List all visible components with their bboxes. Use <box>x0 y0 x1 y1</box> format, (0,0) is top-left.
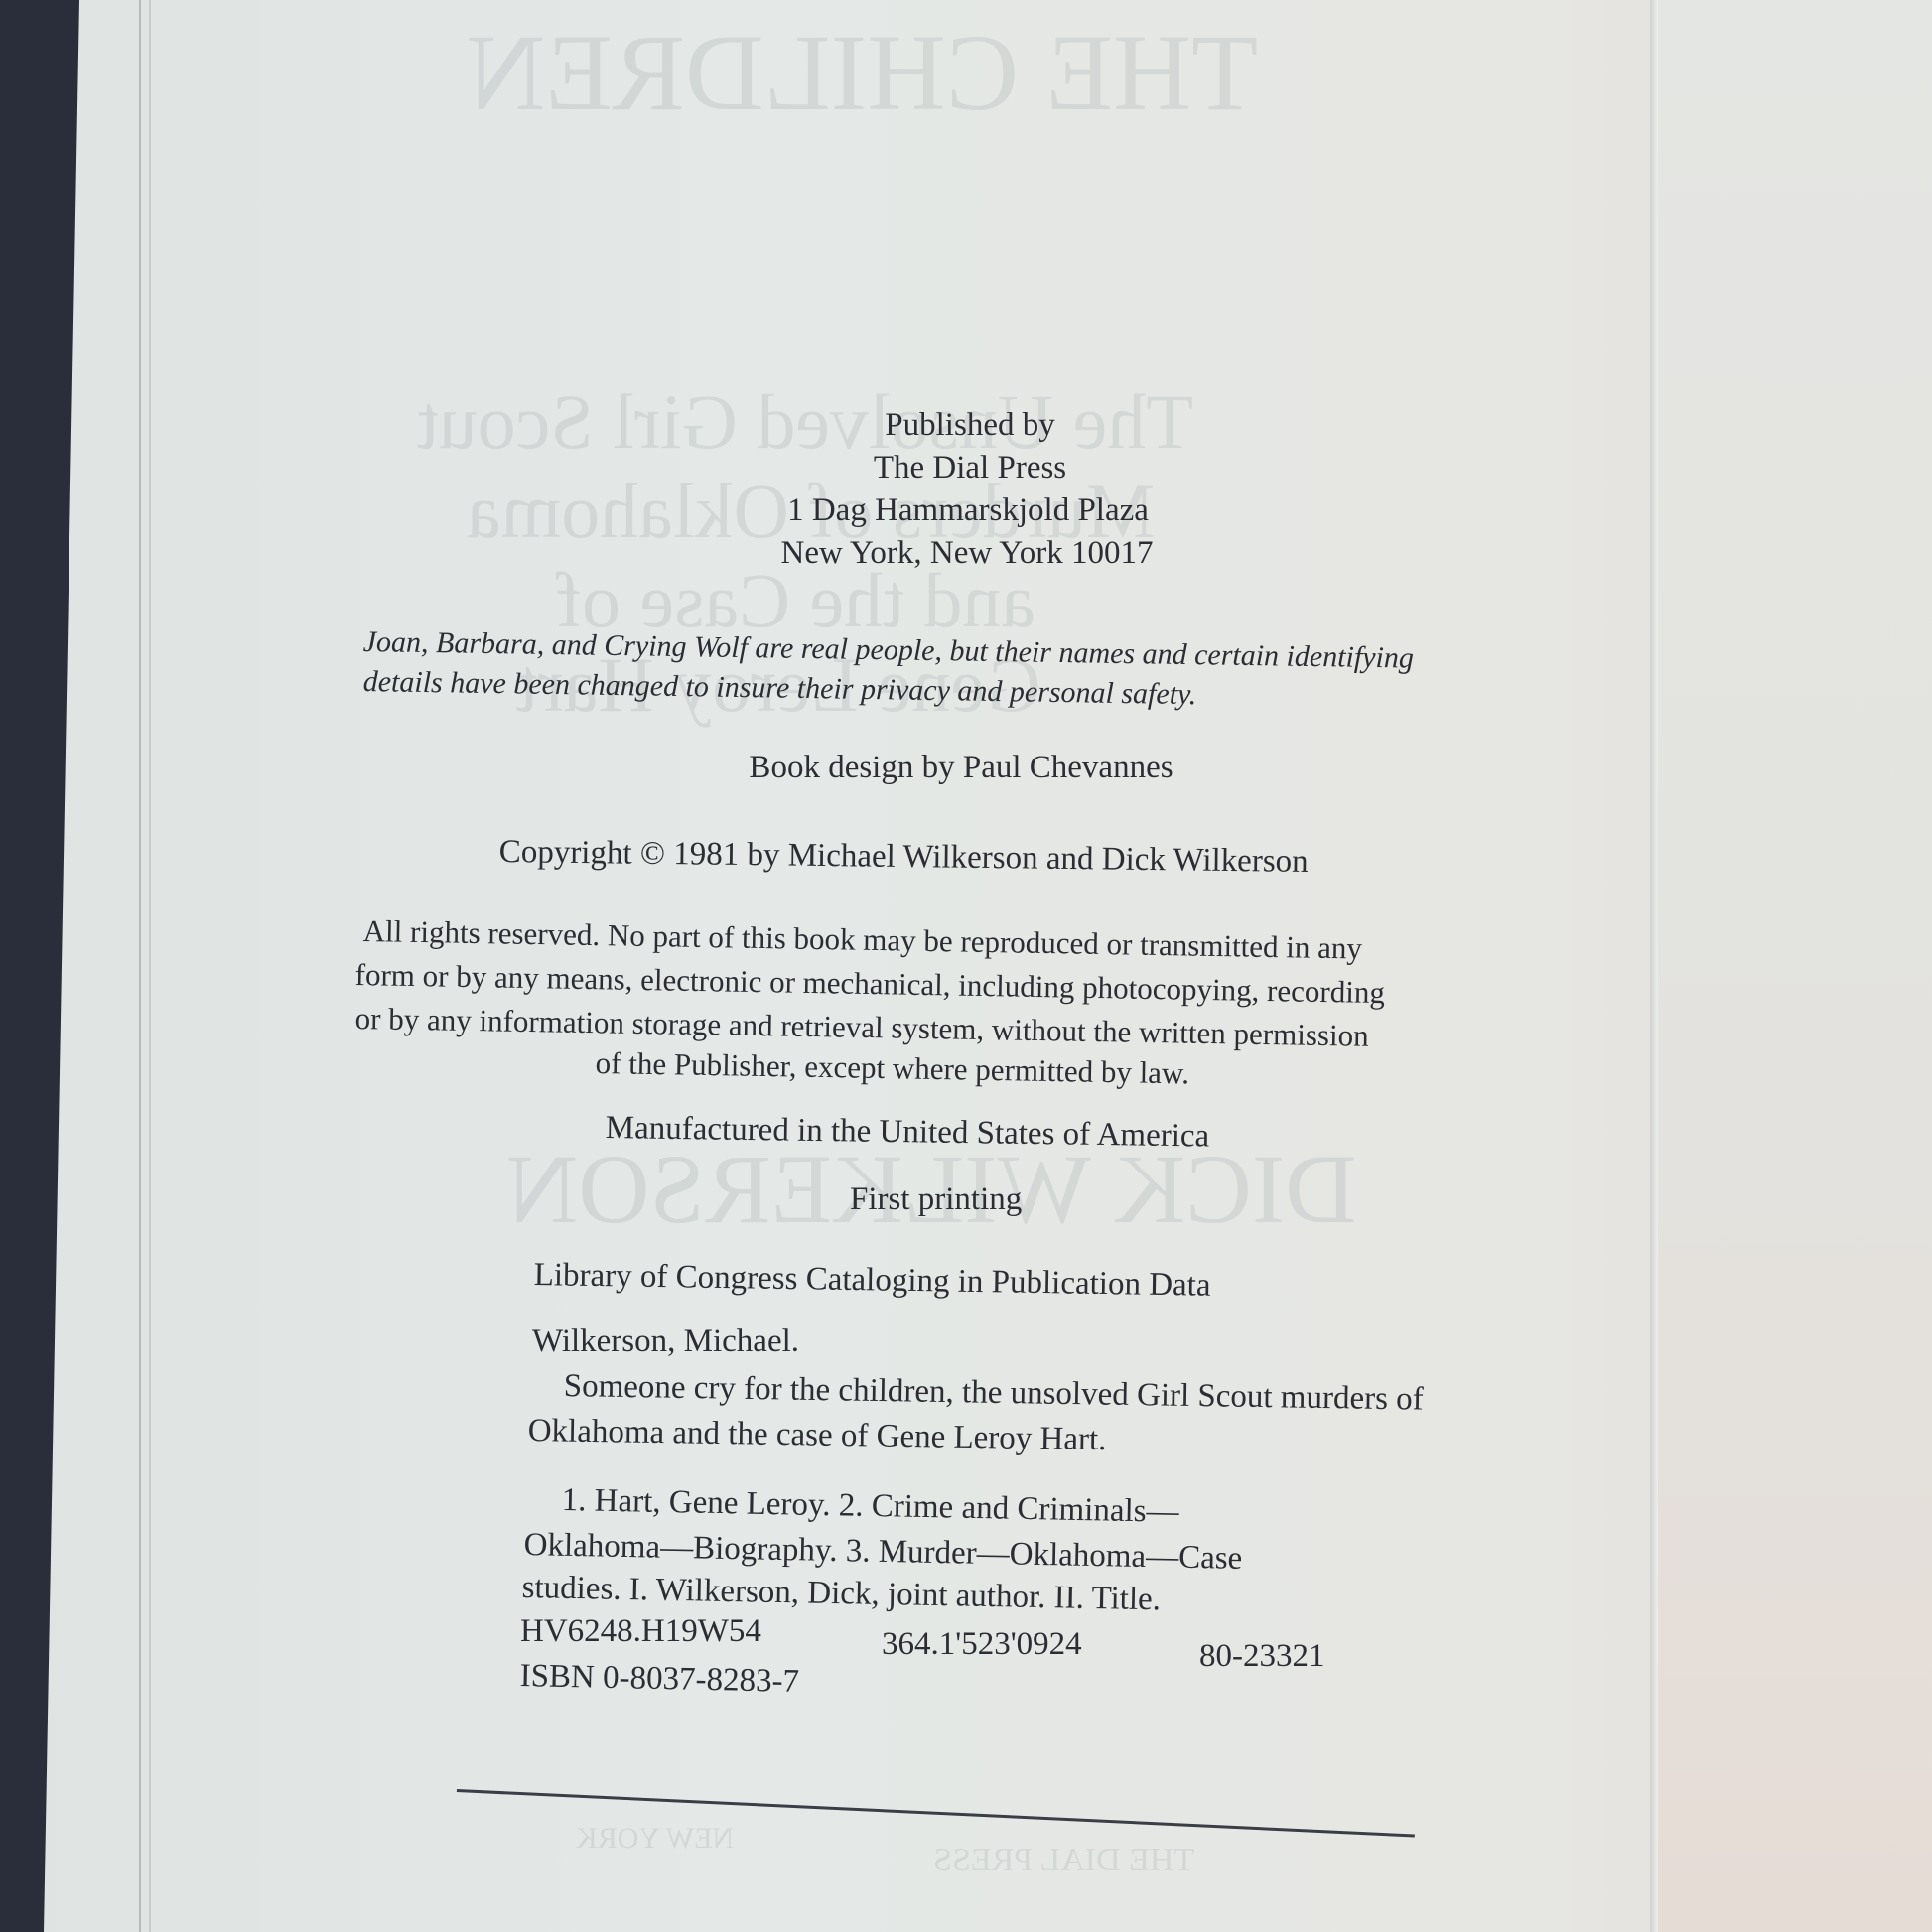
adjacent-page <box>1658 0 1932 1932</box>
cip-author: Wilkerson, Michael. <box>532 1325 799 1358</box>
ghost-city: NEW YORK <box>576 1822 734 1856</box>
ghost-title: THE CHILDREN <box>467 10 1258 136</box>
page-edge-line <box>149 0 151 1932</box>
cip-isbn: ISBN 0-8037-8283-7 <box>519 1660 799 1699</box>
page-edge-line <box>139 0 141 1932</box>
ghost-publisher: THE DIAL PRESS <box>933 1842 1194 1879</box>
cip-lccn: 80-23321 <box>1199 1640 1325 1673</box>
page-fold <box>1650 0 1658 1932</box>
imprint-city: New York, New York 10017 <box>781 537 1154 570</box>
imprint-publisher: The Dial Press <box>874 452 1066 484</box>
cip-call-number: HV6248.H19W54 <box>520 1615 761 1648</box>
cip-dewey: 364.1'523'0924 <box>882 1628 1082 1661</box>
printing-line: First printing <box>850 1183 1022 1216</box>
design-credit: Book design by Paul Chevannes <box>749 752 1173 784</box>
imprint-published-by: Published by <box>885 409 1054 442</box>
imprint-address: 1 Dag Hammarskjold Plaza <box>787 494 1149 527</box>
manufactured-line: Manufactured in the United States of Ame… <box>606 1112 1210 1153</box>
ghost-subtitle: The Unsolved Girl Scout <box>417 377 1193 467</box>
